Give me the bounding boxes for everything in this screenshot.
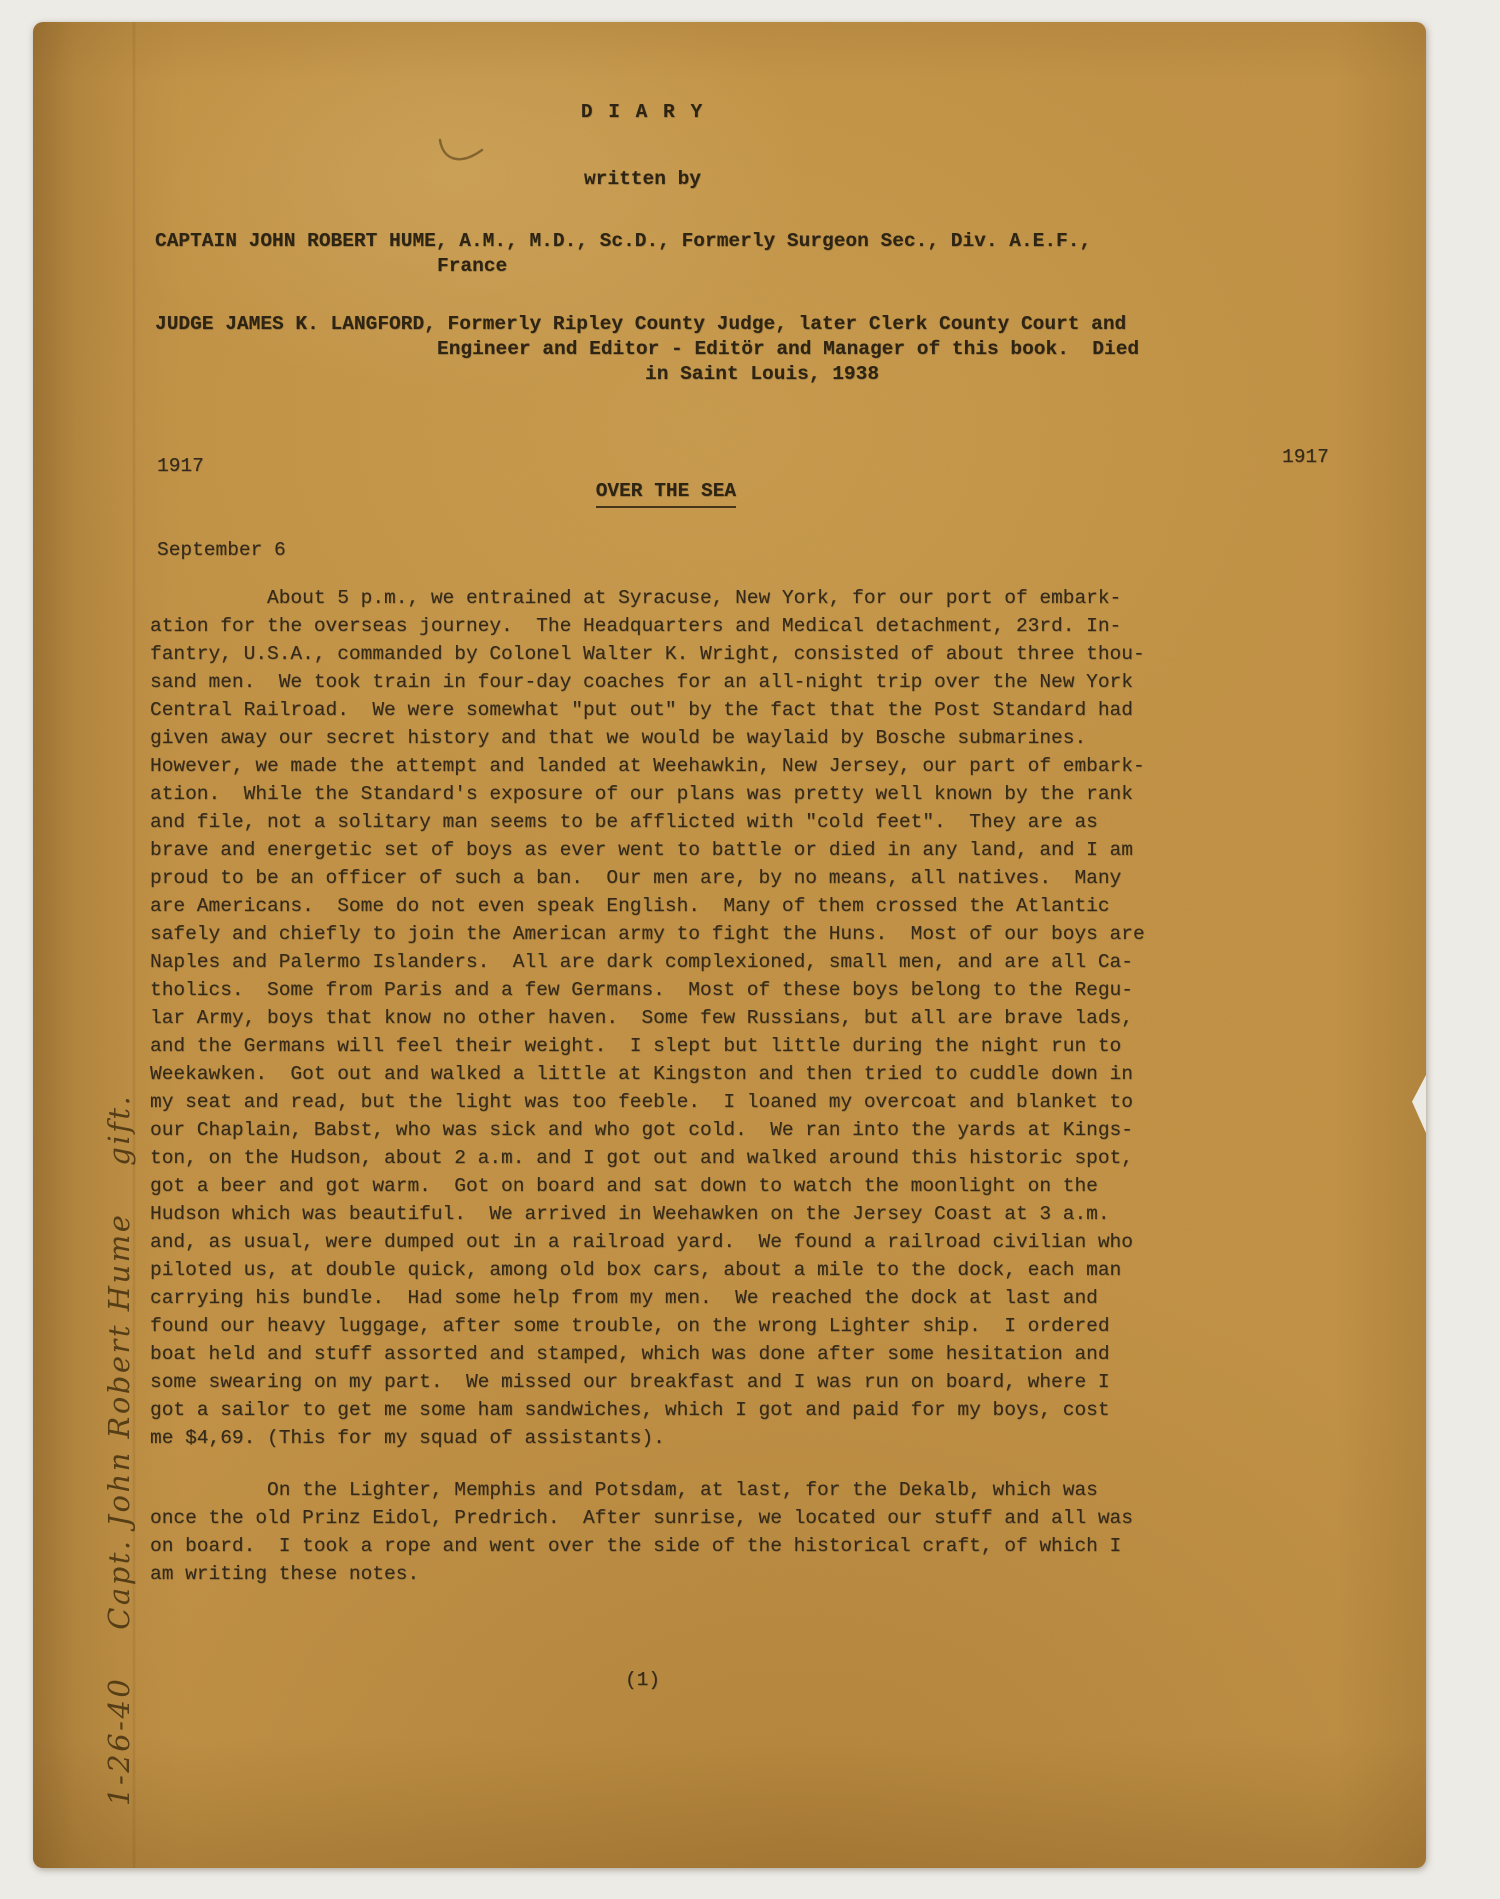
editor-line-1: JUDGE JAMES K. LANGFORD, Formerly Ripley… bbox=[155, 310, 1126, 338]
date-heading: September 6 bbox=[157, 536, 286, 564]
author-line-2: France bbox=[437, 252, 507, 280]
document-title: D I A R Y bbox=[155, 98, 1130, 126]
editor-line-3: in Saint Louis, 1938 bbox=[645, 360, 879, 388]
scanned-diary-page: D I A R Y written by CAPTAIN JOHN ROBERT… bbox=[0, 0, 1500, 1899]
diary-paragraph-1: About 5 p.m., we entrained at Syracuse, … bbox=[150, 584, 1145, 1452]
section-heading-wrap: OVER THE SEA bbox=[155, 449, 1130, 536]
author-line-1: CAPTAIN JOHN ROBERT HUME, A.M., M.D., Sc… bbox=[155, 227, 1091, 255]
editor-line-2: Engineer and Editor - Editör and Manager… bbox=[437, 335, 1139, 363]
byline: written by bbox=[155, 165, 1130, 193]
page-number: (1) bbox=[155, 1666, 1130, 1694]
year-right: 1917 bbox=[1282, 443, 1329, 471]
diary-paragraph-2: On the Lighter, Memphis and Potsdam, at … bbox=[150, 1476, 1133, 1588]
torn-edge-notch bbox=[1409, 1075, 1426, 1133]
section-title: OVER THE SEA bbox=[596, 477, 736, 508]
handwritten-margin-note: 1-26-40 Capt. John Robert Hume gift. bbox=[102, 906, 136, 1806]
